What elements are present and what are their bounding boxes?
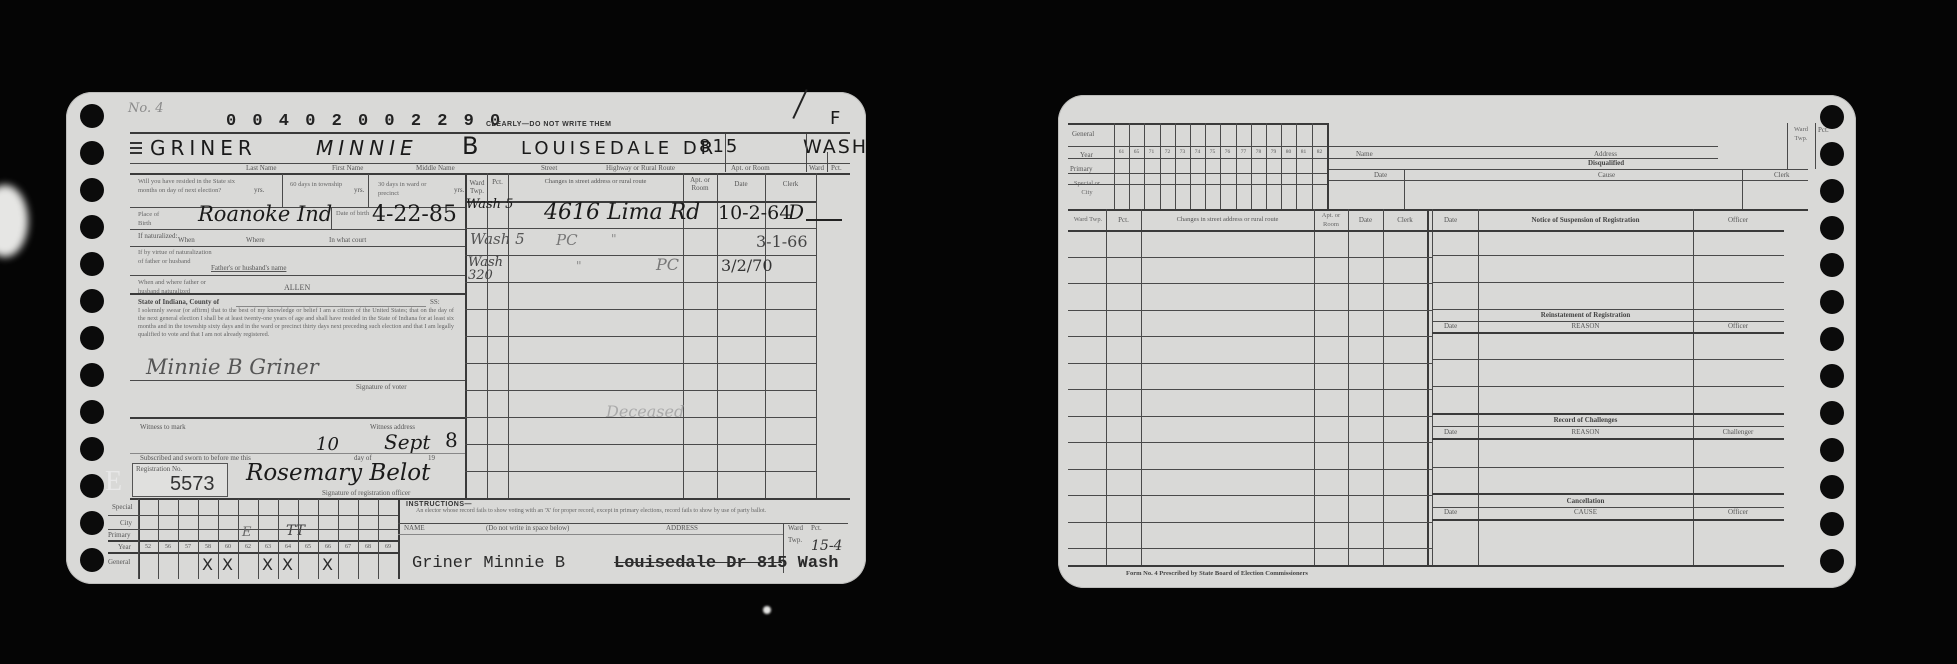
- back-changes-row-line: [1068, 283, 1432, 284]
- vote-year: 56: [158, 544, 178, 550]
- reinstatement-officer-label: Officer: [1693, 323, 1783, 330]
- back-row-general: General: [1072, 131, 1094, 138]
- back-vote-year: 77: [1236, 150, 1251, 156]
- back-vote-year: 75: [1205, 150, 1220, 156]
- corner-mark: F: [830, 110, 840, 128]
- date-of-birth-label: Date of birth: [336, 209, 370, 218]
- strikethrough: [614, 562, 782, 563]
- reinstatement-date-label: Date: [1444, 323, 1457, 330]
- vote-year: 63: [258, 544, 278, 550]
- pencil-scribble: E: [242, 526, 252, 539]
- back-name-label: Name: [1356, 151, 1373, 158]
- back-vote-year: 79: [1266, 150, 1281, 156]
- instr-pct-label: Pct.: [811, 525, 822, 532]
- house-number: 815: [699, 138, 739, 156]
- instructions-text: An elector whose record fails to show vo…: [416, 508, 816, 515]
- reinstatement-title: Reinstatement of Registration: [1478, 312, 1693, 319]
- back-vote-year: 81: [1296, 150, 1311, 156]
- side-letter: E: [105, 466, 122, 498]
- back-date-label: Date: [1374, 172, 1387, 179]
- back-changes-row-line: [1068, 389, 1432, 390]
- middle-initial: B: [462, 134, 483, 158]
- back-address-label: Address: [1594, 151, 1617, 158]
- place-of-birth: Roanoke Ind: [198, 204, 332, 225]
- witness-label: Witness to mark: [140, 424, 186, 431]
- punch-hole: [80, 215, 104, 239]
- col-changes: Changes in street address or rural route: [508, 179, 683, 186]
- back-vote-year: 65: [1129, 150, 1144, 156]
- row-date: 3-1-66: [756, 234, 808, 250]
- back-ward-twp-label: Ward Twp.: [1789, 125, 1813, 143]
- naturalized-label: If naturalized:: [138, 233, 177, 240]
- back-vote-year: 71: [1144, 150, 1159, 156]
- subscribed-year: 8: [445, 430, 458, 450]
- punch-hole: [80, 548, 104, 572]
- back-changes-row-line: [1068, 522, 1432, 523]
- row-change: PC: [656, 257, 679, 273]
- suspension-title: Notice of Suspension of Registration: [1478, 217, 1693, 224]
- naturalized-when-label: When: [178, 237, 195, 244]
- residence-precinct-label: 30 days in ward or precinct: [378, 180, 448, 198]
- street-name: LOUISEDALE DR: [521, 140, 717, 158]
- vote-year: 58: [198, 544, 218, 550]
- punch-hole: [1820, 179, 1844, 203]
- back-col-date: Date: [1348, 217, 1383, 224]
- instructions-heading: INSTRUCTIONS—: [406, 501, 472, 508]
- punch-hole: [1820, 142, 1844, 166]
- back-changes-row-line: [1068, 336, 1432, 337]
- back-vote-year: 74: [1190, 150, 1205, 156]
- vote-year: 60: [218, 544, 238, 550]
- cancellation-title: Cancellation: [1478, 498, 1693, 505]
- punch-hole: [80, 141, 104, 165]
- vote-year: 66: [318, 544, 338, 550]
- punch-hole: [80, 178, 104, 202]
- yrs-label: yrs.: [454, 187, 464, 194]
- row-change: 4616 Lima Rd: [544, 202, 700, 224]
- place-of-birth-label: Place of Birth: [138, 210, 174, 228]
- punch-hole: [1820, 475, 1844, 499]
- last-name-label: Last Name: [246, 165, 277, 172]
- cancellation-date-label: Date: [1444, 509, 1457, 516]
- punch-hole: [80, 326, 104, 350]
- naturalized-court-label: In what court: [329, 237, 366, 244]
- instr-address-label: ADDRESS: [666, 525, 698, 532]
- back-changes-row-line: [1068, 363, 1432, 364]
- back-col-ward: Ward Twp.: [1072, 215, 1104, 224]
- vote-mark: X: [282, 555, 293, 574]
- street-label: Street: [541, 165, 557, 172]
- instr-ward-label: Ward: [788, 525, 803, 532]
- subscribed-month: Sept: [384, 432, 430, 452]
- father-name-label: Father's or husband's name: [211, 265, 286, 272]
- back-row-special: Special or City: [1072, 179, 1102, 197]
- vote-year: 69: [378, 544, 398, 550]
- back-disqualified-label: Disqualified: [1588, 160, 1624, 167]
- punch-hole: [1820, 438, 1844, 462]
- row-date: 10-2-64: [718, 204, 791, 223]
- row-ward: Wash 320: [468, 256, 498, 282]
- ward-name: WASH: [803, 138, 868, 157]
- subscribed-day: 10: [316, 436, 339, 454]
- oath-ss: SS:: [430, 299, 440, 306]
- back-col-apt: Apt. or Room: [1316, 211, 1346, 229]
- row-ward: Wash 5: [466, 198, 513, 211]
- instr-twp-label: Twp.: [788, 537, 802, 544]
- ditto-mark: ": [576, 260, 582, 272]
- col-ward-twp: Ward Twp.: [467, 179, 487, 195]
- back-vote-year: 82: [1312, 150, 1327, 156]
- residence-township-label: 60 days in township: [290, 180, 350, 189]
- back-clerk-label: Clerk: [1774, 172, 1790, 179]
- apt-label: Apt. or Room: [731, 165, 770, 172]
- vote-row-label-special: Special: [112, 504, 133, 511]
- row-ward: Wash 5: [470, 232, 525, 247]
- route-label: Highway or Rural Route: [606, 165, 675, 172]
- naturalized-where-label: Where: [246, 237, 265, 244]
- back-changes-row-line: [1068, 257, 1432, 258]
- subscribed-label: Subscribed and sworn to before me this: [140, 455, 251, 462]
- father-naturalized-value: ALLEN: [284, 284, 310, 292]
- instr-handwritten-code: 15-4: [811, 539, 842, 553]
- vote-mark: X: [222, 555, 233, 574]
- vote-row-label-city: City: [120, 520, 132, 527]
- date-of-birth: 4-22-85: [372, 204, 457, 226]
- instr-name-label: NAME: [404, 525, 425, 532]
- vote-year: 52: [138, 544, 158, 550]
- punch-hole: [80, 474, 104, 498]
- vote-year: 68: [358, 544, 378, 550]
- scan-artifact: [0, 185, 28, 257]
- punch-hole: [1820, 364, 1844, 388]
- suspension-officer-label: Officer: [1693, 217, 1783, 224]
- oath-heading: State of Indiana, County of: [138, 299, 219, 306]
- punch-hole: [80, 400, 104, 424]
- back-changes-row-line: [1068, 548, 1432, 549]
- punch-hole: [80, 363, 104, 387]
- registration-card-front: No. 4 0 0 4 0 2 0 0 2 2 9 0 CLEARLY—DO N…: [66, 92, 866, 584]
- punch-hole: [1820, 216, 1844, 240]
- back-vote-year: 76: [1220, 150, 1235, 156]
- back-row-primary: Primary: [1070, 166, 1093, 173]
- col-pct: Pct.: [487, 179, 508, 186]
- back-vote-year: 61: [1114, 150, 1129, 156]
- back-col-pct: Pct.: [1106, 217, 1141, 224]
- pen-stroke: [792, 89, 807, 119]
- back-pct-label: Pct.: [1818, 127, 1829, 134]
- vote-year: 62: [238, 544, 258, 550]
- back-changes-row-line: [1068, 416, 1432, 417]
- first-name: MINNIE: [316, 138, 418, 158]
- typed-name: Griner Minnie B: [412, 554, 565, 573]
- registration-card-back: General Year Primary Special or City Nam…: [1058, 95, 1856, 588]
- back-changes-row-line: [1068, 469, 1432, 470]
- first-name-label: First Name: [332, 165, 363, 172]
- back-changes-row-line: [1068, 495, 1432, 496]
- punch-hole: [1820, 253, 1844, 277]
- last-name: GRINER: [150, 138, 257, 158]
- vote-row-label-year: Year: [118, 544, 131, 551]
- challenges-challenger-label: Challenger: [1693, 429, 1783, 436]
- pen-scribble: TT: [286, 524, 305, 538]
- vote-mark: X: [202, 555, 213, 574]
- punch-hole: [1820, 549, 1844, 573]
- oath-text: I solemnly swear (or affirm) that to the…: [138, 307, 454, 339]
- vote-mark: X: [322, 555, 333, 574]
- registration-number-label: Registration No.: [136, 466, 182, 473]
- yrs-label: yrs.: [354, 187, 364, 194]
- vote-year: 64: [278, 544, 298, 550]
- col-apt: Apt. or Room: [683, 176, 717, 192]
- vote-year: 57: [178, 544, 198, 550]
- yrs-label: yrs.: [254, 187, 264, 194]
- registrar-signature: Rosemary Belot: [246, 462, 430, 485]
- header-instruction: CLEARLY—DO NOT WRITE THEM: [486, 121, 611, 128]
- scan-artifact: [763, 606, 771, 614]
- vote-year: 65: [298, 544, 318, 550]
- back-changes-row-line: [1068, 442, 1432, 443]
- row-date: 3/2/70: [721, 258, 773, 274]
- middle-name-label: Middle Name: [416, 165, 455, 172]
- vote-mark: X: [262, 555, 273, 574]
- form-footer: Form No. 4 Prescribed by State Board of …: [1126, 571, 1308, 578]
- ditto-mark: ": [611, 233, 617, 245]
- punch-hole: [1820, 290, 1844, 314]
- vote-row-label-primary: Primary: [108, 532, 131, 539]
- punch-hole: [80, 252, 104, 276]
- father-naturalization-label: If by virtue of naturalization of father…: [138, 248, 218, 266]
- back-vote-year: 78: [1251, 150, 1266, 156]
- punch-hole: [1820, 401, 1844, 425]
- cancellation-cause-label: CAUSE: [1478, 509, 1693, 516]
- cancellation-officer-label: Officer: [1693, 509, 1783, 516]
- back-changes-row-line: [1068, 310, 1432, 311]
- challenges-title: Record of Challenges: [1478, 417, 1693, 424]
- serial-handwritten-prefix: No. 4: [128, 102, 164, 115]
- punch-hole: [1820, 327, 1844, 351]
- punch-hole: [80, 511, 104, 535]
- deceased-faint-note: Deceased: [606, 404, 684, 420]
- residence-state-label: Will you have resided in the State six m…: [138, 177, 238, 195]
- typed-address: Louisedale Dr 815 Wash: [614, 554, 838, 573]
- vote-row-label-general: General: [108, 559, 130, 566]
- voter-signature: Minnie B Griner: [146, 357, 319, 378]
- challenges-reason-label: REASON: [1478, 429, 1693, 436]
- challenges-date-label: Date: [1444, 429, 1457, 436]
- ward-label: Ward: [809, 165, 824, 172]
- suspension-date-label: Date: [1444, 217, 1457, 224]
- vote-year: 67: [338, 544, 358, 550]
- punch-hole: [80, 104, 104, 128]
- registrar-label: Signature of registration officer: [322, 490, 410, 497]
- back-vote-year: 72: [1160, 150, 1175, 156]
- back-col-clerk: Clerk: [1383, 217, 1427, 224]
- back-changes-row-line: [1068, 230, 1432, 232]
- back-cause-label: Cause: [1598, 172, 1615, 179]
- punch-hole: [80, 437, 104, 461]
- row-change: PC: [556, 233, 578, 248]
- back-col-changes: Changes in street address or rural route: [1141, 217, 1314, 224]
- back-vote-year: 80: [1281, 150, 1296, 156]
- reinstatement-reason-label: REASON: [1478, 323, 1693, 330]
- row-clerk: D: [788, 202, 804, 222]
- col-clerk: Clerk: [765, 181, 816, 188]
- back-vote-year: 73: [1175, 150, 1190, 156]
- registration-number: 5573: [170, 473, 215, 496]
- col-date: Date: [717, 181, 765, 188]
- pct-label: Pct.: [831, 165, 842, 172]
- instr-name-note: (Do not write in space below): [486, 525, 569, 532]
- punch-hole: [1820, 512, 1844, 536]
- punch-hole: [80, 289, 104, 313]
- voter-signature-label: Signature of voter: [356, 384, 407, 391]
- serial-stamp: 0 0 4 0 2 0 0 2 2 9 0: [226, 112, 503, 131]
